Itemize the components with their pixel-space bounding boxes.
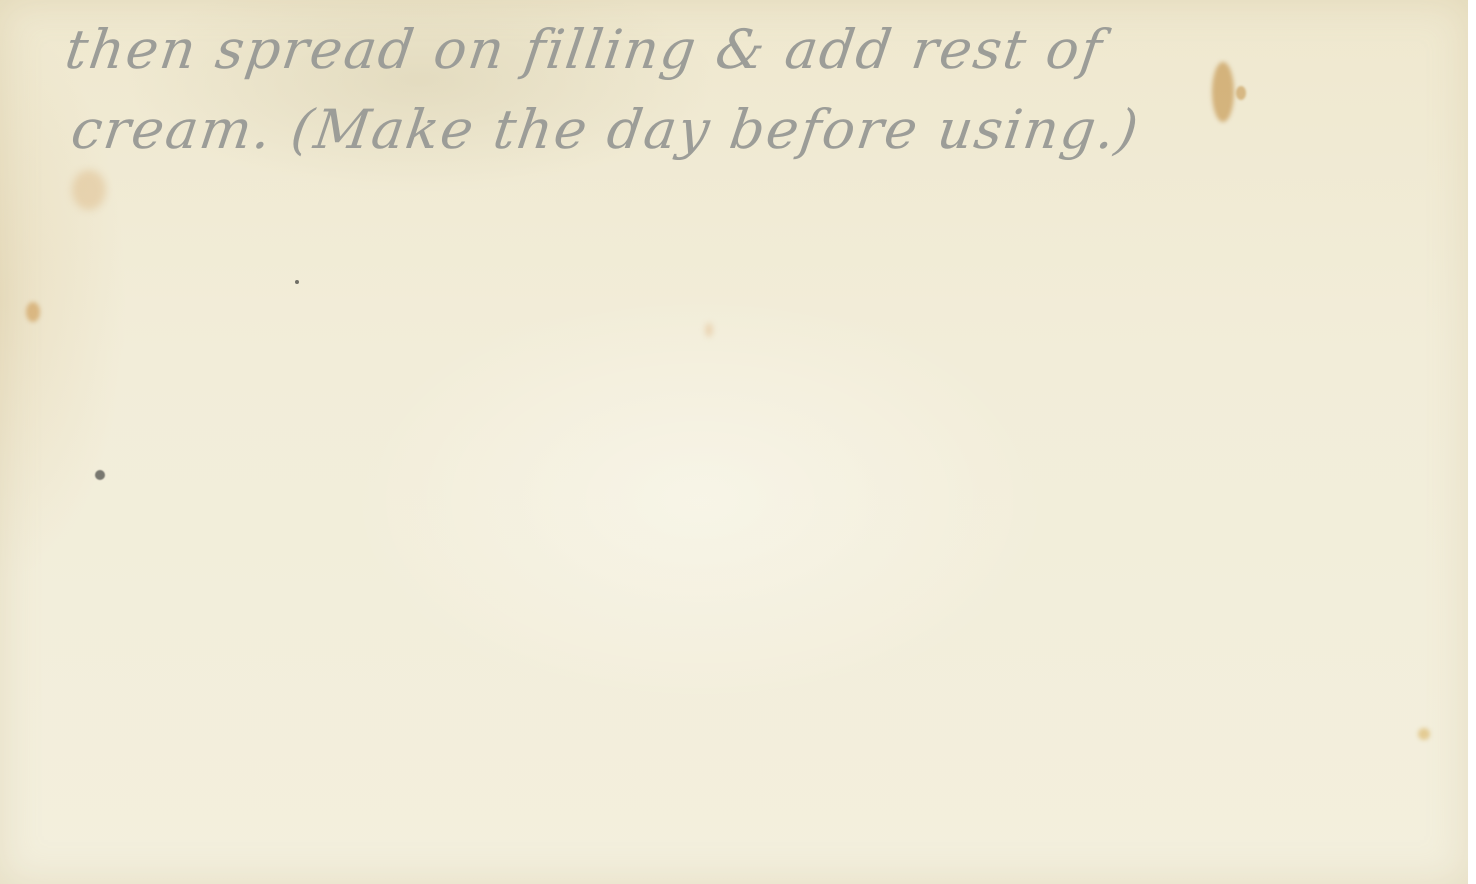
- stain-mark: [705, 323, 713, 337]
- scan-edge: [1468, 0, 1476, 884]
- stain-mark: [72, 170, 106, 210]
- stain-mark: [1212, 62, 1234, 122]
- speck-mark: [295, 280, 299, 284]
- speck-mark: [95, 470, 105, 480]
- recipe-card: then spread on filling & add rest of cre…: [0, 0, 1471, 884]
- stain-mark: [26, 302, 40, 322]
- handwritten-line-1: then spread on filling & add rest of: [62, 18, 1108, 81]
- stain-mark: [1236, 86, 1246, 100]
- handwritten-line-2: cream. (Make the day before using.): [68, 98, 1144, 161]
- stain-mark: [1418, 728, 1430, 740]
